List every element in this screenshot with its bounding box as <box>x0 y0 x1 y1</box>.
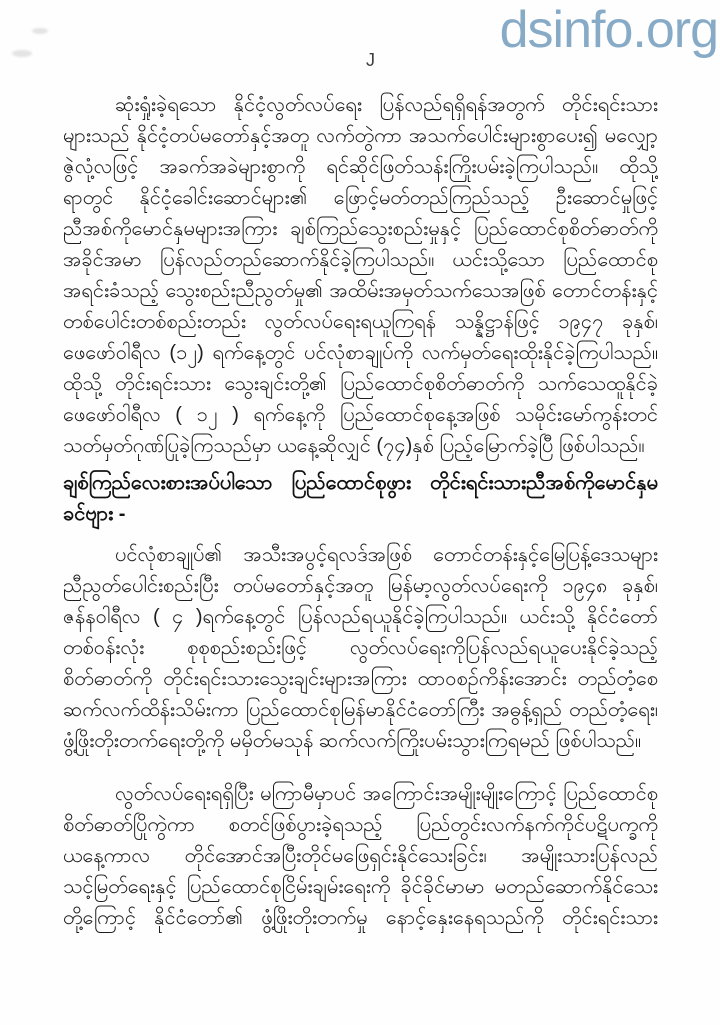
text-line: ပင်လုံစာချုပ်၏ အသီးအပွင့်ရလဒ်အဖြစ် တောင်… <box>63 540 658 571</box>
text-line: ညီအစ်ကိုမောင်နှမများအကြား ချစ်ကြည်သွေးစည… <box>63 214 658 245</box>
text-line: ညီညွတ်ပေါင်းစည်းပြီး တပ်မတော်နှင့်အတူ မြ… <box>63 571 658 602</box>
page-number: J <box>366 50 375 71</box>
text-line: စိတ်ဓာတ်ပြိုကွဲကာ စတင်ဖြစ်ပွားခဲ့ရသည့် ပ… <box>63 810 658 841</box>
section-heading: ချစ်ကြည်လေးစားအပ်ပါသော ပြည်ထောင်စုဖွား တ… <box>63 468 658 530</box>
text-line: ဖေဖော်ဝါရီလ ( ၁၂ ) ရက်နေ့ကို ပြည်ထောင်စု… <box>63 400 658 431</box>
text-line: ဆက်လက်ထိန်းသိမ်းကာ ပြည်ထောင်စုမြန်မာနိုင… <box>63 695 658 726</box>
paragraph-1: ဆုံးရှုံးခဲ့ရသော နိုင်ငံ့လွတ်လပ်ရေး ပြန်… <box>63 90 658 462</box>
text-line: သတ်မှတ်ဂုဏ်ပြုခဲ့ကြသည်မှာ ယနေ့ဆိုလျှင် (… <box>63 431 658 462</box>
pencil-mark <box>12 50 32 57</box>
text-line: ထိုသို့ တိုင်းရင်းသား သွေးချင်းတို့၏ ပြည… <box>63 369 658 400</box>
document-text-block: ဆုံးရှုံးခဲ့ရသော နိုင်ငံ့လွတ်လပ်ရေး ပြန်… <box>63 90 658 934</box>
text-line: စိတ်ဓာတ်ကို တိုင်းရင်းသားသွေးချင်းများအက… <box>63 664 658 695</box>
text-line: သင့်မြတ်ရေးနှင့် ပြည်ထောင်စုငြိမ်းချမ်းရ… <box>63 872 658 903</box>
text-line: ဇွဲလုံ့လဖြင့် အခက်အခဲများစွာကို ရင်ဆိုင်… <box>63 152 658 183</box>
text-line: လွတ်လပ်ရေးရရှိပြီး မကြာမီမှာပင် အကြောင်း… <box>63 779 658 810</box>
text-line: တစ်ပေါင်းတစ်စည်းတည်း လွတ်လပ်ရေးရယူကြရန် … <box>63 307 658 338</box>
text-line: ယနေ့ကာလ တိုင်အောင်အပြီးတိုင်မဖြေရှင်းနို… <box>63 841 658 872</box>
paragraph-2: ပင်လုံစာချုပ်၏ အသီးအပွင့်ရလဒ်အဖြစ် တောင်… <box>63 540 658 757</box>
text-line: အခိုင်အမာ ပြန်လည်တည်ဆောက်နိုင်ခဲ့ကြပါသည်… <box>63 245 658 276</box>
paragraph-3: လွတ်လပ်ရေးရရှိပြီး မကြာမီမှာပင် အကြောင်း… <box>63 779 658 934</box>
text-line: ဆုံးရှုံးခဲ့ရသော နိုင်ငံ့လွတ်လပ်ရေး ပြန်… <box>63 90 658 121</box>
text-line: ရာတွင် နိုင်ငံ့ခေါင်းဆောင်များ၏ ဖြောင့်မ… <box>63 183 658 214</box>
heading-line: ခင်ဗျား - <box>63 499 658 530</box>
text-line: တို့ကြောင့် နိုင်ငံတော်၏ ဖွံ့ဖြိုးတိုးတက… <box>63 903 658 934</box>
text-line: များသည် နိုင်ငံ့တပ်မတော်နှင့်အတူ လက်တွဲက… <box>63 121 658 152</box>
text-line: ဖေဖော်ဝါရီလ (၁၂) ရက်နေ့တွင် ပင်လုံစာချုပ… <box>63 338 658 369</box>
text-line: တစ်ဝန်းလုံး စုစုစည်းစည်းဖြင့် လွတ်လပ်ရေး… <box>63 633 658 664</box>
heading-line: ချစ်ကြည်လေးစားအပ်ပါသော ပြည်ထောင်စုဖွား တ… <box>63 468 658 499</box>
scanned-document-page: dsinfo.org J ဆုံးရှုံးခဲ့ရသော နိုင်ငံ့လွ… <box>0 0 720 1025</box>
watermark-text: dsinfo.org <box>500 2 718 59</box>
text-line: ဇန်နဝါရီလ ( ၄ )ရက်နေ့တွင် ပြန်လည်ရယူနိုင… <box>63 602 658 633</box>
text-line: ဖွံ့ဖြိုးတိုးတက်ရေးတို့ကို မမှိတ်မသုန် ဆ… <box>63 726 658 757</box>
text-line: အရင်းခံသည့် သွေးစည်းညီညွတ်မှု၏ အထိမ်းအမှ… <box>63 276 658 307</box>
pencil-mark <box>32 28 48 34</box>
